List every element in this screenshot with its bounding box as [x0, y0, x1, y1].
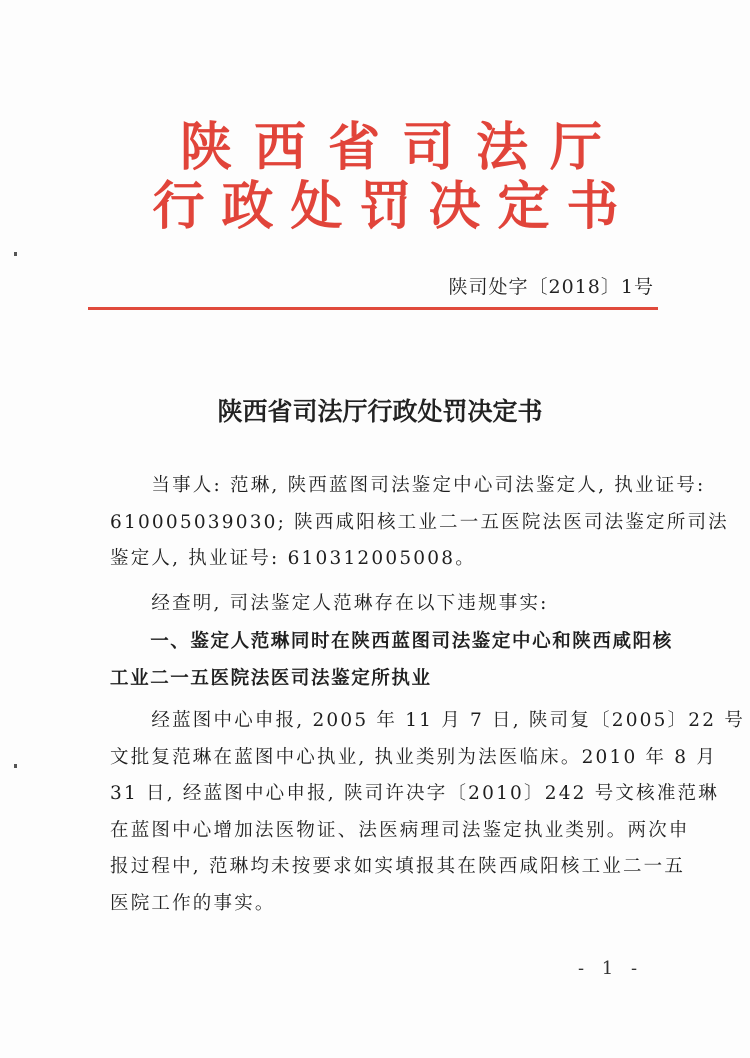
section1-body: 经蓝图中心申报, 2005 年 11 月 7 日, 陕司复〔2005〕22 号 …: [110, 703, 650, 922]
text-line: 一、鉴定人范琳同时在陕西蓝图司法鉴定中心和陕西咸阳核: [110, 624, 650, 661]
document-number: 陕司处字〔2018〕1号: [449, 272, 654, 299]
section1-heading: 一、鉴定人范琳同时在陕西蓝图司法鉴定中心和陕西咸阳核 工业二一五医院法医司法鉴定…: [110, 624, 650, 697]
text-line: 当事人: 范琳, 陕西蓝图司法鉴定中心司法鉴定人, 执业证号:: [110, 468, 650, 505]
header-title-line1: 陕西省司法厅: [100, 118, 682, 178]
header-title-line2: 行政处罚决定书: [100, 177, 674, 237]
document-page: 陕西省司法厅 行政处罚决定书 陕司处字〔2018〕1号 陕西省司法厅行政处罚决定…: [0, 0, 750, 1058]
red-divider-rule: [88, 307, 658, 310]
text-line: 报过程中, 范琳均未按要求如实填报其在陕西咸阳核工业二一五: [110, 849, 650, 886]
text-line: 鉴定人, 执业证号: 610312005008。: [110, 541, 650, 578]
text-line: 610005039030; 陕西咸阳核工业二一五医院法医司法鉴定所司法: [110, 505, 650, 542]
findings-intro: 经查明, 司法鉴定人范琳存在以下违规事实:: [110, 586, 650, 623]
text-line: 医院工作的事实。: [110, 886, 650, 923]
text-line: 在蓝图中心增加法医物证、法医病理司法鉴定执业类别。两次申: [110, 813, 650, 850]
text-line: 工业二一五医院法医司法鉴定所执业: [110, 661, 650, 698]
text-line: 31 日, 经蓝图中心申报, 陕司许决字〔2010〕242 号文核准范琳: [110, 776, 650, 813]
document-title: 陕西省司法厅行政处罚决定书: [100, 392, 660, 428]
text-line: 经蓝图中心申报, 2005 年 11 月 7 日, 陕司复〔2005〕22 号: [110, 703, 650, 740]
scan-mark: [14, 764, 17, 768]
text-line: 经查明, 司法鉴定人范琳存在以下违规事实:: [110, 586, 650, 623]
scan-mark: [14, 252, 17, 256]
page-number: - 1 -: [578, 958, 643, 979]
party-paragraph: 当事人: 范琳, 陕西蓝图司法鉴定中心司法鉴定人, 执业证号: 61000503…: [110, 468, 650, 578]
text-line: 文批复范琳在蓝图中心执业, 执业类别为法医临床。2010 年 8 月: [110, 740, 650, 777]
